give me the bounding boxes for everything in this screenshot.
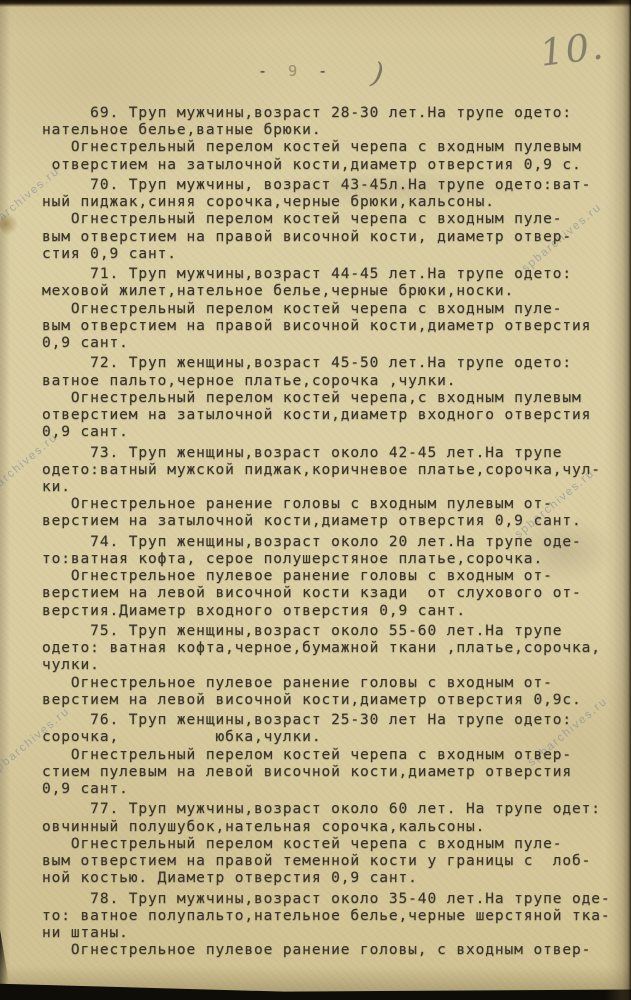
entry-75: 75. Труп женщины,возраст около 55-60 лет…: [42, 622, 617, 708]
typed-line: Огнестрельный перелом костей черепа,с вх…: [42, 389, 617, 406]
typed-line: вым отверстием на правой височной кости,…: [42, 228, 617, 245]
typed-line: верстия.Диаметр входного отверстия 0,9 с…: [42, 602, 617, 619]
entry-72: 72. Труп женщины,возраст 45-50 лет.На тр…: [42, 354, 617, 440]
typed-line: 78. Труп мужчины,возраст около 35-40 лет…: [42, 890, 617, 907]
typed-line: 0,9 сант.: [42, 334, 617, 351]
typed-line: ватное пальто,черное платье,сорочка ,чул…: [42, 372, 617, 389]
entry-70: 70. Труп мужчины, возраст 43-45л.На труп…: [42, 176, 617, 262]
typed-line: меховой жилет,нательное белье,черные брю…: [42, 282, 617, 299]
typed-line: вым отверстием на правой височной кости,…: [42, 317, 617, 334]
typed-line: Огнестрельное пулевое ранение головы, с …: [42, 941, 617, 958]
typed-line: ни штаны.: [42, 924, 617, 941]
typed-line: то:ватная кофта, серое полушерстяное пла…: [42, 550, 617, 567]
typed-line: 69. Труп мужчины,возраст 28-30 лет.На тр…: [42, 104, 617, 121]
typed-line: одето:ватный мужской пиджак,коричневое п…: [42, 461, 617, 478]
typed-line: чулки.: [42, 656, 617, 673]
typed-line: Огнестрельный перелом костей черепа с вх…: [42, 835, 617, 852]
typed-page-number: - 9 -: [258, 62, 333, 80]
typed-page-number-dash: -: [258, 62, 273, 80]
typed-line: 73. Труп женщины,возраст около 42-45 лет…: [42, 444, 617, 461]
typed-line: ный пиджак,синяя сорочка,черные брюки,ка…: [42, 193, 617, 210]
typed-line: ной костью. Диаметр отверстия 0,9 сант.: [42, 869, 617, 886]
typed-line: овчинный полушубок,нательная сорочка,кал…: [42, 818, 617, 835]
page-edge-top: [0, 0, 631, 7]
typed-page-number-digit: 9: [288, 62, 303, 80]
entries: 69. Труп мужчины,возраст 28-30 лет.На тр…: [42, 104, 617, 962]
paper-stain: [0, 212, 18, 236]
typed-line: 75. Труп женщины,возраст около 55-60 лет…: [42, 622, 617, 639]
entry-77: 77. Труп мужчины,возраст около 60 лет. Н…: [42, 800, 617, 886]
entry-78: 78. Труп мужчины,возраст около 35-40 лет…: [42, 890, 617, 959]
typed-line: Огнестрельное пулевое ранение головы с в…: [42, 674, 617, 691]
typed-line: 70. Труп мужчины, возраст 43-45л.На труп…: [42, 176, 617, 193]
typed-line: сорочка, юбка,чулки.: [42, 728, 617, 745]
typed-page-number-dash: -: [318, 62, 333, 80]
typed-line: отверстием на затылочной кости,диаметр о…: [42, 156, 617, 173]
typed-line: 77. Труп мужчины,возраст около 60 лет. Н…: [42, 800, 617, 817]
entry-76: 76. Труп женщины,возраст 25-30 лет На тр…: [42, 711, 617, 797]
page-edge-left-bottom: [0, 930, 10, 990]
typed-line: верстием на левой височной кости,диаметр…: [42, 691, 617, 708]
entry-69: 69. Труп мужчины,возраст 28-30 лет.На тр…: [42, 104, 617, 173]
typed-line: нательное белье,ватные брюки.: [42, 121, 617, 138]
typed-line: 74. Труп женщины,возраст около 20 лет.На…: [42, 533, 617, 550]
page-edge-right: [605, 0, 631, 1000]
typed-line: верстием на затылочной кости,диаметр отв…: [42, 512, 617, 529]
entry-71: 71. Труп мужчины,возраст 44-45 лет.На тр…: [42, 265, 617, 351]
typed-line: Огнестрельный перелом костей черепа с вх…: [42, 138, 617, 155]
typed-line: Огнестрельный перелом костей черепа с вх…: [42, 210, 617, 227]
typed-line: стия 0,9 сант.: [42, 245, 617, 262]
typed-line: Огнестрельный перелом костей черепа с вх…: [42, 300, 617, 317]
handwritten-page-number: 10.: [538, 24, 608, 75]
typed-line: Огнестрельное пулевое ранение головы с в…: [42, 567, 617, 584]
typed-line: Огнестрельный перелом костей черепа с вх…: [42, 746, 617, 763]
typed-line: стием пулевым на левой височной кости,ди…: [42, 763, 617, 780]
entry-74: 74. Труп женщины,возраст около 20 лет.На…: [42, 533, 617, 619]
typed-line: 0,9 сант.: [42, 423, 617, 440]
typed-line: 72. Труп женщины,возраст 45-50 лет.На тр…: [42, 354, 617, 371]
typed-line: одето: ватная кофта,черное,бумажной ткан…: [42, 639, 617, 656]
handwritten-mark: ): [369, 55, 386, 90]
typed-line: 76. Труп женщины,возраст 25-30 лет На тр…: [42, 711, 617, 728]
scanned-document-page: spbarchives.ru spbarchives.ru spbarchive…: [0, 0, 631, 1000]
typed-line: отверстием на затылочной кости,диаметр в…: [42, 406, 617, 423]
typed-line: Огнестрельное ранение головы с входным п…: [42, 495, 617, 512]
typed-line: верстием на левой височной кости кзади о…: [42, 584, 617, 601]
typed-line: 0,9 сант.: [42, 780, 617, 797]
entry-73: 73. Труп женщины,возраст около 42-45 лет…: [42, 444, 617, 530]
typed-line: ки.: [42, 478, 617, 495]
typed-line: то: ватное полупальто,нательное белье,че…: [42, 907, 617, 924]
typed-line: 71. Труп мужчины,возраст 44-45 лет.На тр…: [42, 265, 617, 282]
typed-line: вым отверстием на правой теменной кости …: [42, 852, 617, 869]
